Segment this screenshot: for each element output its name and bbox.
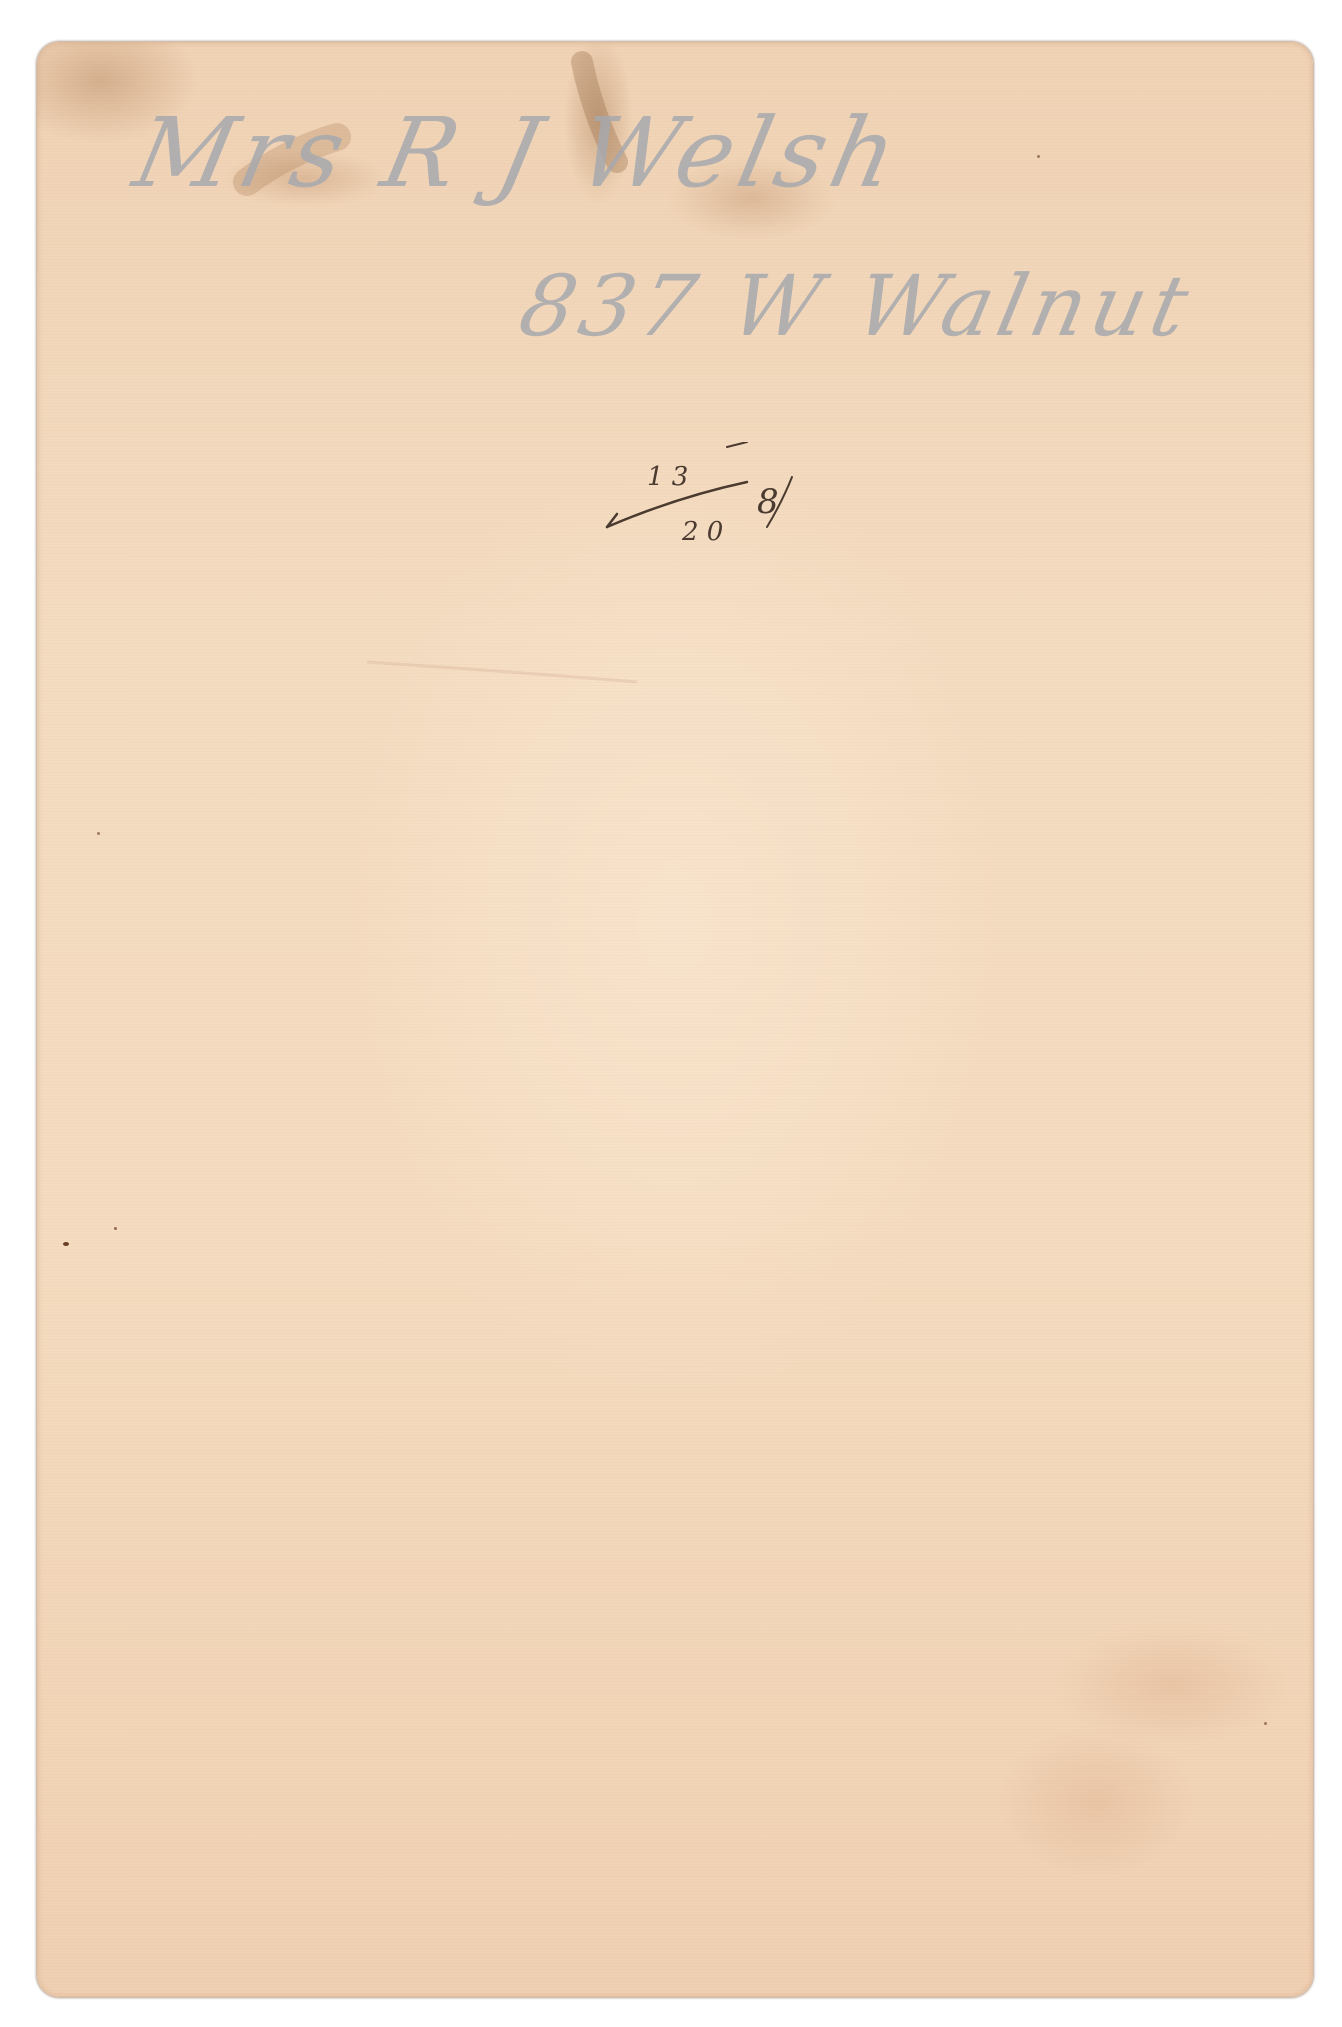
handwritten-name: Mrs R J Welsh [125, 97, 912, 209]
fraction-numerator: 1 3 [647, 462, 688, 492]
speck-mark [97, 832, 100, 835]
fraction-denominator: 2 0 [682, 517, 723, 547]
handwritten-address: 837 W Walnut [512, 257, 1203, 355]
photo-card-back: Mrs R J Welsh 837 W Walnut 1 3 2 0 8 [37, 42, 1313, 1997]
speck-mark [1037, 155, 1040, 158]
speck-mark [1264, 1722, 1267, 1725]
speck-mark [63, 1242, 69, 1246]
handwritten-fraction-notation: 1 3 2 0 8 [587, 442, 827, 572]
fraction-stroke-icon [587, 442, 827, 572]
fraction-suffix: 8 [757, 482, 779, 522]
speck-mark [114, 1227, 117, 1230]
